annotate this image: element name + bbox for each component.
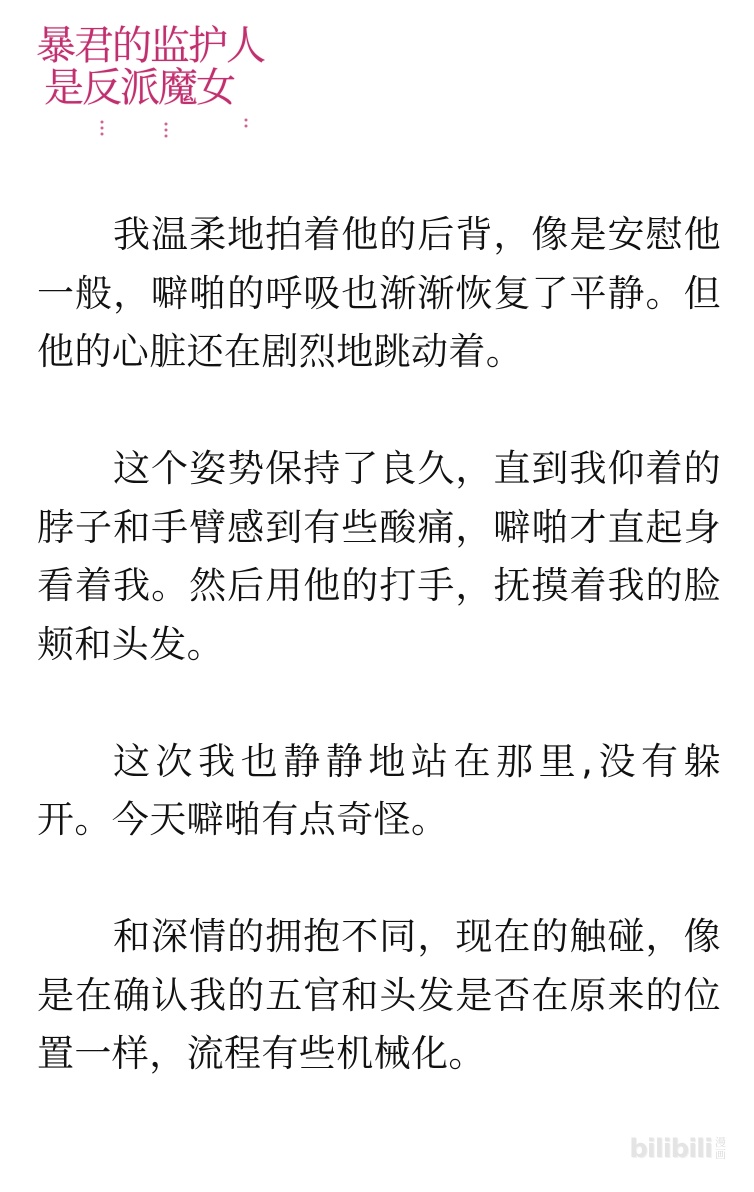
watermark-sub-bottom: 画 bbox=[715, 1149, 726, 1161]
paragraph-1: 我温柔地拍着他的后背，像是安慰他一般，噼啪的呼吸也渐渐恢复了平静。但他的心脏还在… bbox=[37, 206, 721, 382]
logo-ornament-icon bbox=[96, 118, 256, 158]
logo-title-line-1: 暴君的监护人 bbox=[36, 26, 266, 66]
story-text: 我温柔地拍着他的后背，像是安慰他一般，噼啪的呼吸也渐渐恢复了平静。但他的心脏还在… bbox=[37, 206, 721, 1084]
paragraph-4: 和深情的拥抱不同，现在的触碰，像是在确认我的五官和头发是否在原来的位置一样，流程… bbox=[37, 908, 721, 1084]
paragraph-3: 这次我也静静地站在那里,没有躲开。今天噼啪有点奇怪。 bbox=[37, 733, 721, 850]
bilibili-comics-watermark: bilibili 漫 画 bbox=[629, 1134, 726, 1164]
paragraph-2: 这个姿势保持了良久，直到我仰着的脖子和手臂感到有些酸痛，噼啪才直起身看着我。然后… bbox=[37, 440, 721, 674]
watermark-brand: bilibili bbox=[629, 1134, 712, 1164]
comic-title-logo: 暴君的监护人 是反派魔女 bbox=[36, 26, 266, 108]
watermark-manhua: 漫 画 bbox=[715, 1137, 726, 1161]
logo-title-line-2: 是反派魔女 bbox=[36, 68, 266, 108]
